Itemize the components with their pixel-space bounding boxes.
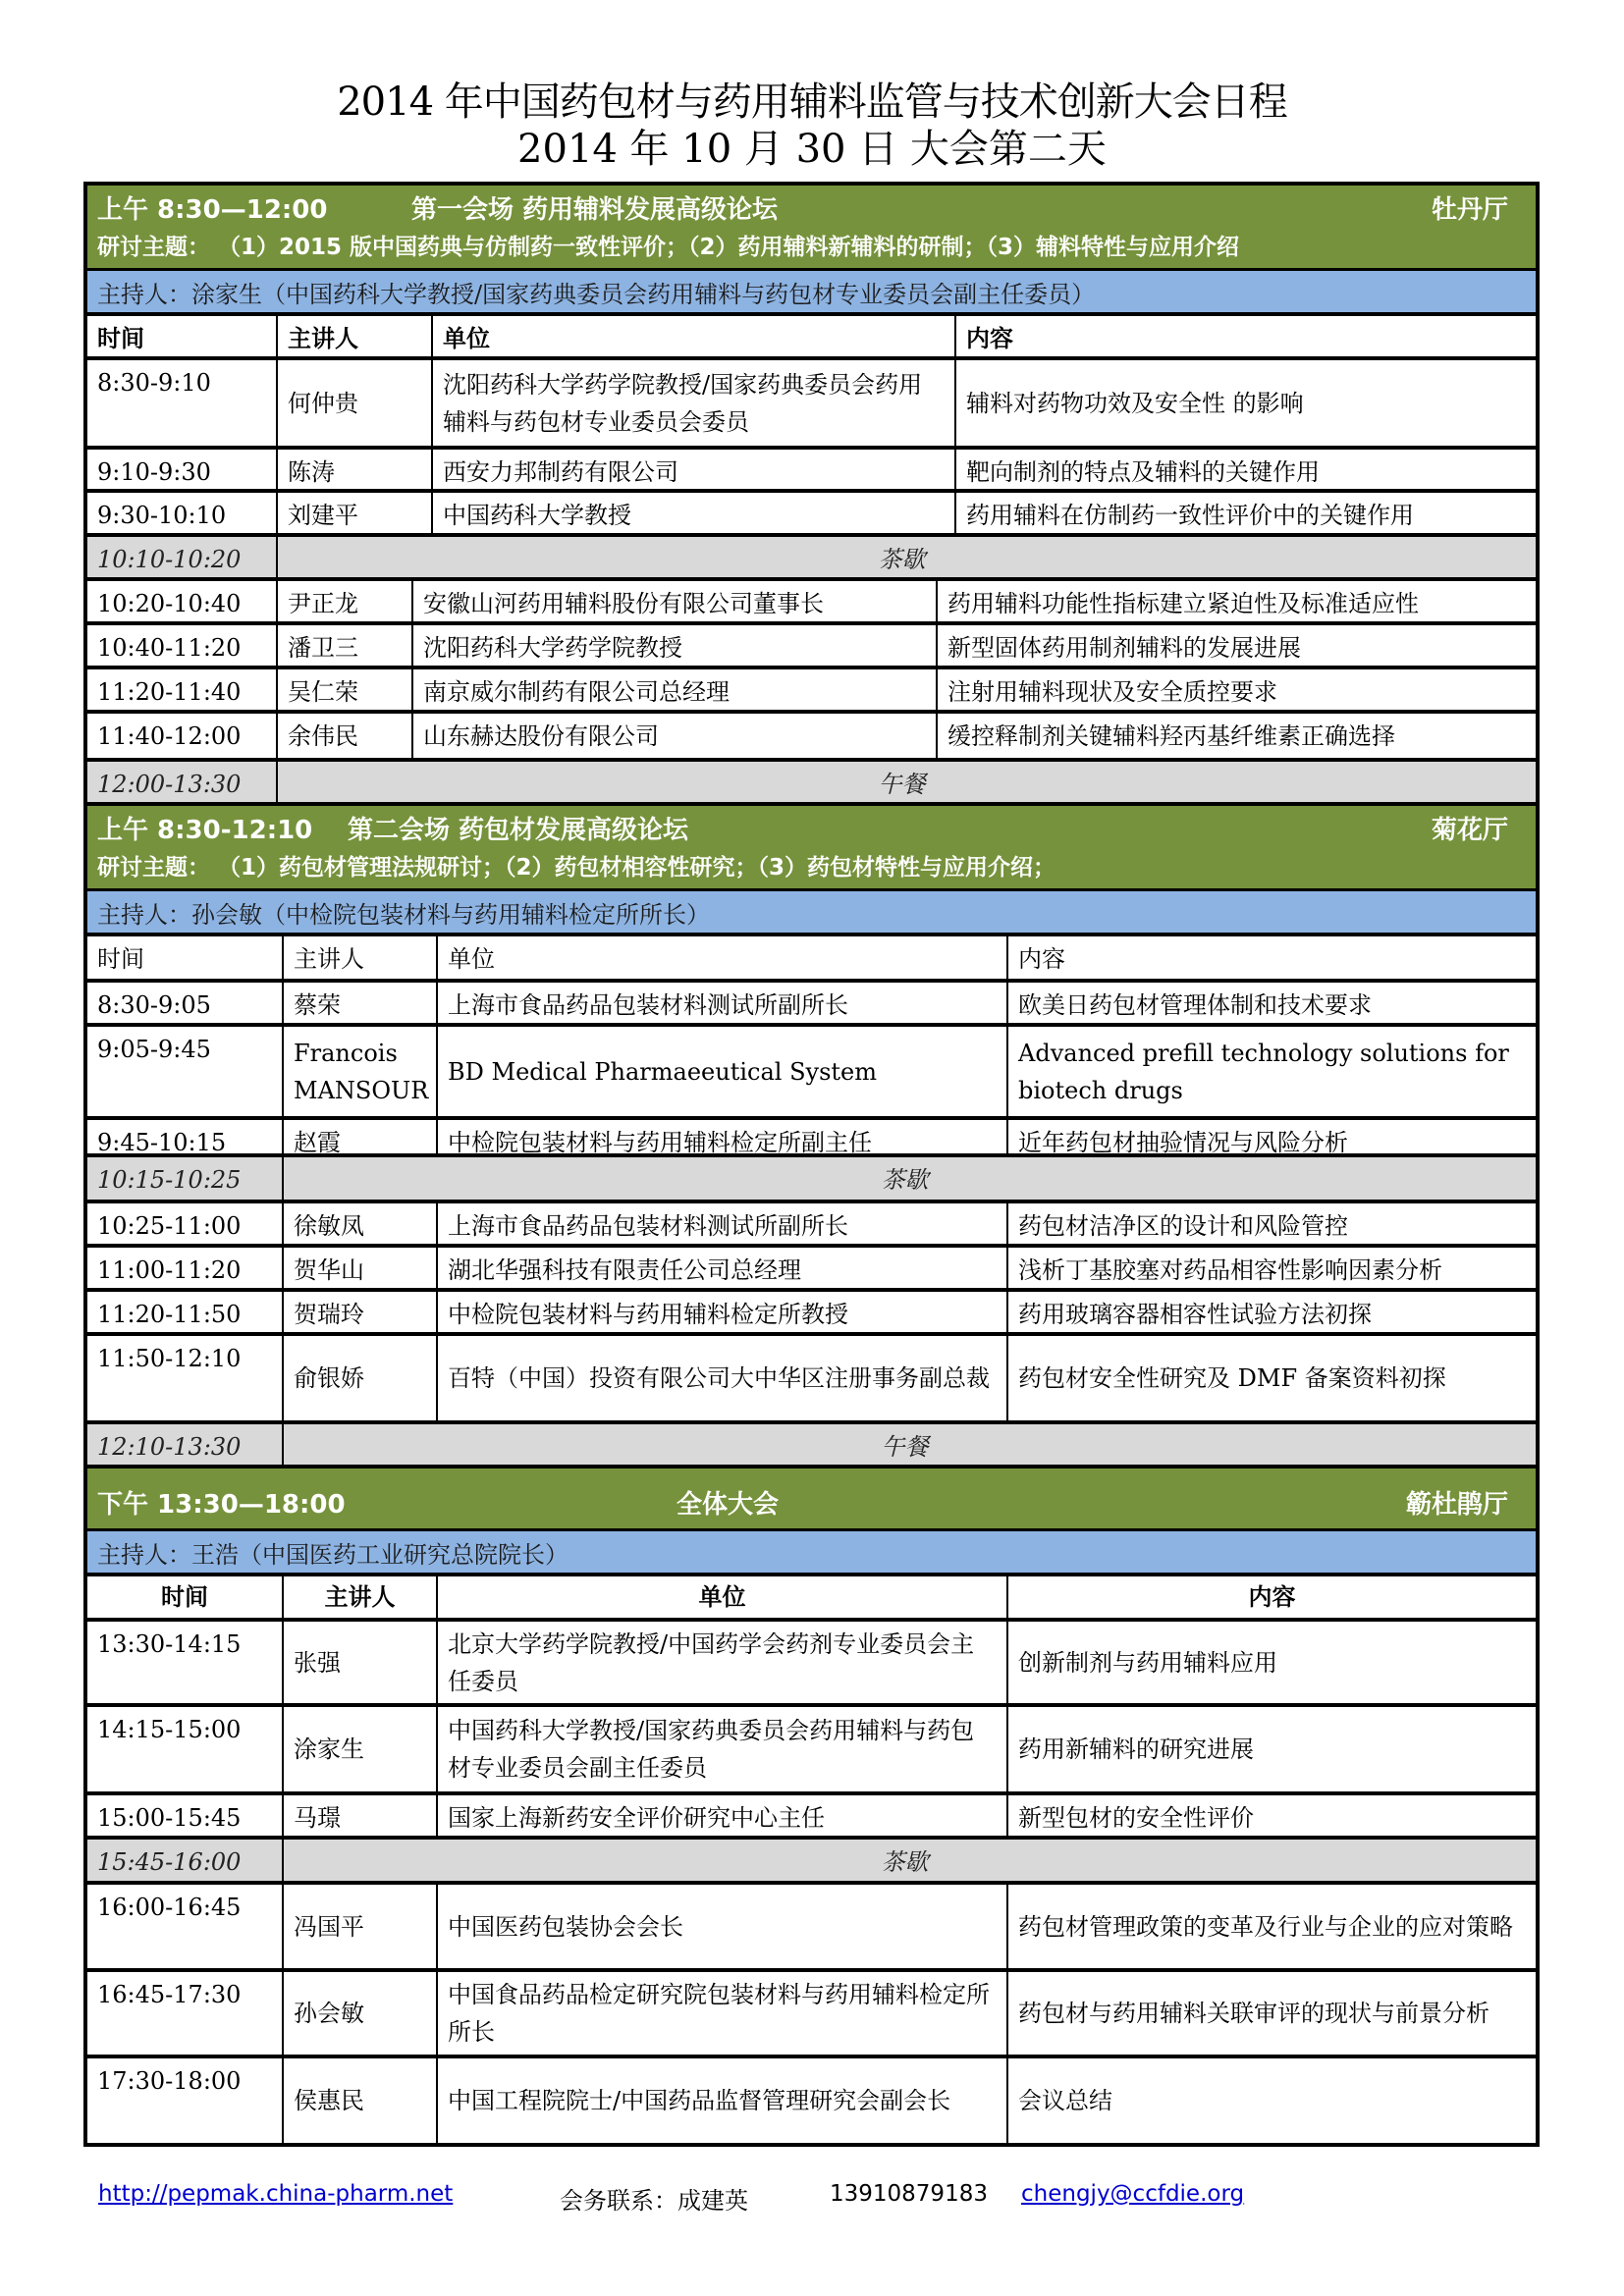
schedule-row: 16:00-16:45冯国平中国医药包装协会会长药包材管理政策的变革及行业与企业… [83,1881,1540,1968]
column-header-time: 时间 [87,1576,282,1618]
session-name: 第一会场 药用辅料发展高级论坛 [411,189,778,226]
row-topic: 新型固体药用制剂辅料的发展进展 [936,625,1536,666]
break-row: 12:00-13:30午餐 [83,758,1540,802]
footer: http://pepmak.china-pharm.net 会务联系：成建英 1… [98,2181,1473,2220]
schedule-row: 11:50-12:10俞银娇百特（中国）投资有限公司大中华区注册事务副总裁药包材… [83,1332,1540,1420]
column-header-row: 时间主讲人单位内容 [83,933,1540,979]
row-speaker: 赵霞 [282,1120,436,1153]
column-header-time: 时间 [87,316,276,356]
schedule-row: 8:30-9:05蔡荣上海市食品药品包装材料测试所副所长欧美日药包材管理体制和技… [83,979,1540,1023]
row-time: 13:30-14:15 [87,1622,282,1703]
schedule-row: 14:15-15:00涂家生中国药科大学教授/国家药典委员会药用辅料与药包材专业… [83,1703,1540,1791]
break-label: 茶歇 [282,1840,1536,1881]
row-time: 10:20-10:40 [87,581,276,621]
column-header-time: 时间 [87,936,282,979]
row-speaker: 贺瑞玲 [282,1292,436,1332]
break-row: 10:15-10:25茶歇 [83,1153,1540,1200]
session-time: 下午 13:30—18:00 [97,1484,346,1521]
table-bottom-border [83,2143,1540,2147]
row-organization: 中国药科大学教授 [431,493,954,533]
row-topic: 创新制剂与药用辅料应用 [1006,1622,1536,1703]
row-organization: 上海市食品药品包装材料测试所副所长 [436,983,1006,1023]
row-speaker: 孙会敏 [282,1972,436,2055]
column-header-speaker: 主讲人 [276,316,431,356]
row-topic: 药包材安全性研究及 DMF 备案资料初探 [1006,1336,1536,1420]
row-organization: 南京威尔制药有限公司总经理 [411,669,936,710]
row-organization: 中国食品药品检定研究院包装材料与药用辅料检定所所长 [436,1972,1006,2055]
session-host: 主持人：王浩（中国医药工业研究总院院长） [83,1528,1540,1573]
row-speaker: 冯国平 [282,1885,436,1968]
column-header-topic: 内容 [954,316,1536,356]
row-topic: 药用玻璃容器相容性试验方法初探 [1006,1292,1536,1332]
session-name: 全体大会 [677,1484,779,1521]
row-topic: 药包材管理政策的变革及行业与企业的应对策略 [1006,1885,1536,1968]
row-organization: 沈阳药科大学药学院教授/国家药典委员会药用辅料与药包材专业委员会委员 [431,360,954,446]
contact-phone: 13910879183 [830,2181,988,2207]
break-time: 15:45-16:00 [87,1840,282,1881]
row-topic: 药包材洁净区的设计和风险管控 [1006,1203,1536,1244]
session-hall: 菊花厅 [1432,810,1508,846]
break-label: 茶歇 [276,537,1536,577]
row-topic: 浅析丁基胶塞对药品相容性影响因素分析 [1006,1248,1536,1288]
schedule-row: 8:30-9:10何仲贵沈阳药科大学药学院教授/国家药典委员会药用辅料与药包材专… [83,356,1540,446]
row-time: 8:30-9:05 [87,983,282,1023]
row-speaker: 徐敏凤 [282,1203,436,1244]
row-time: 9:30-10:10 [87,493,276,533]
break-row: 10:10-10:20茶歇 [83,533,1540,577]
break-label: 午餐 [282,1424,1536,1465]
row-topic: 药用辅料在仿制药一致性评价中的关键作用 [954,493,1536,533]
schedule-row: 13:30-14:15张强北京大学药学院教授/中国药学会药剂专业委员会主任委员创… [83,1618,1540,1703]
host-text: 主持人：涂家生（中国药科大学教授/国家药典委员会药用辅料与药包材专业委员会副主任… [97,275,1095,309]
session-header: 上午 8:30-12:10第二会场 药包材发展高级论坛菊花厅研讨主题： （1）药… [83,802,1540,888]
column-header-organization: 单位 [431,316,954,356]
row-topic: 靶向制剂的特点及辅料的关键作用 [954,450,1536,489]
row-topic: 药用新辅料的研究进展 [1006,1707,1536,1791]
page-title: 2014 年中国药包材与药用辅料监管与技术创新大会日程 [0,79,1624,126]
row-speaker: Francois MANSOUR [282,1027,436,1116]
session-header: 上午 8:30—12:00第一会场 药用辅料发展高级论坛牡丹厅研讨主题： （1）… [83,182,1540,268]
break-time: 10:15-10:25 [87,1157,282,1200]
row-organization: 中国工程院院士/中国药品监督管理研究会副会长 [436,2058,1006,2143]
row-speaker: 张强 [282,1622,436,1703]
column-header-speaker: 主讲人 [282,1576,436,1618]
session-hall: 簕杜鹃厅 [1406,1484,1508,1521]
column-header-organization: 单位 [436,1576,1006,1618]
row-speaker: 尹正龙 [276,581,411,621]
row-topic: 药用辅料功能性指标建立紧迫性及标准适应性 [936,581,1536,621]
row-speaker: 蔡荣 [282,983,436,1023]
row-time: 16:00-16:45 [87,1885,282,1968]
schedule-row: 15:00-15:45马璟国家上海新药安全评价研究中心主任新型包材的安全性评价 [83,1791,1540,1836]
break-label: 午餐 [276,762,1536,802]
row-speaker: 涂家生 [282,1707,436,1791]
row-topic: 缓控释制剂关键辅料羟丙基纤维素正确选择 [936,714,1536,758]
session-hall: 牡丹厅 [1432,189,1508,226]
row-time: 11:40-12:00 [87,714,276,758]
row-speaker: 潘卫三 [276,625,411,666]
row-time: 9:05-9:45 [87,1027,282,1116]
email-link[interactable]: chengjy@ccfdie.org [1021,2181,1244,2207]
schedule-row: 10:20-10:40尹正龙安徽山河药用辅料股份有限公司董事长药用辅料功能性指标… [83,577,1540,621]
column-header-topic: 内容 [1006,1576,1536,1618]
contact-label: 会务联系：成建英 [560,2181,748,2216]
session-name: 第二会场 药包材发展高级论坛 [348,810,688,846]
row-time: 9:45-10:15 [87,1120,282,1153]
break-time: 12:00-13:30 [87,762,276,802]
row-speaker: 俞银娇 [282,1336,436,1420]
session-host: 主持人：涂家生（中国药科大学教授/国家药典委员会药用辅料与药包材专业委员会副主任… [83,268,1540,312]
row-organization: 中检院包装材料与药用辅料检定所教授 [436,1292,1006,1332]
session-topics: 研讨主题： （1）2015 版中国药典与仿制药一致性评价；（2）药用辅料新辅料的… [97,229,1239,261]
row-topic: 欧美日药包材管理体制和技术要求 [1006,983,1536,1023]
row-time: 8:30-9:10 [87,360,276,446]
row-topic: 注射用辅料现状及安全质控要求 [936,669,1536,710]
host-text: 主持人：王浩（中国医药工业研究总院院长） [97,1535,568,1570]
row-speaker: 马璟 [282,1795,436,1836]
schedule-row: 9:10-9:30陈涛西安力邦制药有限公司靶向制剂的特点及辅料的关键作用 [83,446,1540,489]
row-organization: 沈阳药科大学药学院教授 [411,625,936,666]
row-organization: 国家上海新药安全评价研究中心主任 [436,1795,1006,1836]
website-link[interactable]: http://pepmak.china-pharm.net [98,2181,453,2207]
column-header-speaker: 主讲人 [282,936,436,979]
row-speaker: 吴仁荣 [276,669,411,710]
schedule-row: 9:30-10:10刘建平中国药科大学教授药用辅料在仿制药一致性评价中的关键作用 [83,489,1540,533]
column-header-topic: 内容 [1006,936,1536,979]
schedule-row: 16:45-17:30孙会敏中国食品药品检定研究院包装材料与药用辅料检定所所长药… [83,1968,1540,2055]
row-topic: 辅料对药物功效及安全性 的影响 [954,360,1536,446]
row-organization: 中国医药包装协会会长 [436,1885,1006,1968]
row-organization: 北京大学药学院教授/中国药学会药剂专业委员会主任委员 [436,1622,1006,1703]
row-speaker: 侯惠民 [282,2058,436,2143]
row-time: 11:50-12:10 [87,1336,282,1420]
row-organization: 西安力邦制药有限公司 [431,450,954,489]
row-organization: 上海市食品药品包装材料测试所副所长 [436,1203,1006,1244]
session-time: 上午 8:30-12:10 [97,810,312,846]
row-organization: 中检院包装材料与药用辅料检定所副主任 [436,1120,1006,1153]
column-header-row: 时间主讲人单位内容 [83,1573,1540,1618]
row-organization: 山东赫达股份有限公司 [411,714,936,758]
page-subtitle-date: 2014 年 10 月 30 日 大会第二天 [0,126,1624,173]
schedule-row: 11:20-11:50贺瑞玲中检院包装材料与药用辅料检定所教授药用玻璃容器相容性… [83,1288,1540,1332]
column-header-row: 时间主讲人单位内容 [83,312,1540,356]
row-time: 10:40-11:20 [87,625,276,666]
break-label: 茶歇 [282,1157,1536,1200]
row-time: 11:00-11:20 [87,1248,282,1288]
break-time: 10:10-10:20 [87,537,276,577]
row-time: 17:30-18:00 [87,2058,282,2143]
session-time: 上午 8:30—12:00 [97,189,327,226]
row-organization: BD Medical Pharmaeeutical System [436,1027,1006,1116]
break-row: 15:45-16:00茶歇 [83,1836,1540,1881]
row-speaker: 刘建平 [276,493,431,533]
break-time: 12:10-13:30 [87,1424,282,1465]
schedule-row: 9:05-9:45Francois MANSOURBD Medical Phar… [83,1023,1540,1116]
row-time: 10:25-11:00 [87,1203,282,1244]
host-text: 主持人：孙会敏（中检院包装材料与药用辅料检定所所长） [97,895,710,930]
row-organization: 中国药科大学教授/国家药典委员会药用辅料与药包材专业委员会副主任委员 [436,1707,1006,1791]
schedule-row: 11:40-12:00余伟民山东赫达股份有限公司缓控释制剂关键辅料羟丙基纤维素正… [83,710,1540,758]
row-topic: 药包材与药用辅料关联审评的现状与前景分析 [1006,1972,1536,2055]
row-speaker: 何仲贵 [276,360,431,446]
row-topic: 新型包材的安全性评价 [1006,1795,1536,1836]
row-organization: 安徽山河药用辅料股份有限公司董事长 [411,581,936,621]
row-time: 9:10-9:30 [87,450,276,489]
row-speaker: 余伟民 [276,714,411,758]
row-speaker: 贺华山 [282,1248,436,1288]
schedule-row: 10:25-11:00徐敏凤上海市食品药品包装材料测试所副所长药包材洁净区的设计… [83,1200,1540,1244]
row-time: 11:20-11:50 [87,1292,282,1332]
session-topics: 研讨主题： （1）药包材管理法规研讨；（2）药包材相容性研究；（3）药包材特性与… [97,849,1056,881]
row-organization: 百特（中国）投资有限公司大中华区注册事务副总裁 [436,1336,1006,1420]
row-time: 16:45-17:30 [87,1972,282,2055]
row-speaker: 陈涛 [276,450,431,489]
break-row: 12:10-13:30午餐 [83,1420,1540,1465]
schedule-row: 11:20-11:40吴仁荣南京威尔制药有限公司总经理注射用辅料现状及安全质控要… [83,666,1540,710]
schedule-row: 9:45-10:15赵霞中检院包装材料与药用辅料检定所副主任近年药包材抽验情况与… [83,1116,1540,1153]
row-topic: Advanced prefill technology solutions fo… [1006,1027,1536,1116]
row-organization: 湖北华强科技有限责任公司总经理 [436,1248,1006,1288]
schedule-row: 10:40-11:20潘卫三沈阳药科大学药学院教授新型固体药用制剂辅料的发展进展 [83,621,1540,666]
row-topic: 近年药包材抽验情况与风险分析 [1006,1120,1536,1153]
row-topic: 会议总结 [1006,2058,1536,2143]
schedule-row: 11:00-11:20贺华山湖北华强科技有限责任公司总经理浅析丁基胶塞对药品相容… [83,1244,1540,1288]
row-time: 14:15-15:00 [87,1707,282,1791]
schedule-row: 17:30-18:00侯惠民中国工程院院士/中国药品监督管理研究会副会长会议总结 [83,2055,1540,2143]
row-time: 15:00-15:45 [87,1795,282,1836]
row-time: 11:20-11:40 [87,669,276,710]
session-header: 下午 13:30—18:00全体大会簕杜鹃厅 [83,1465,1540,1528]
column-header-organization: 单位 [436,936,1006,979]
session-host: 主持人：孙会敏（中检院包装材料与药用辅料检定所所长） [83,888,1540,933]
